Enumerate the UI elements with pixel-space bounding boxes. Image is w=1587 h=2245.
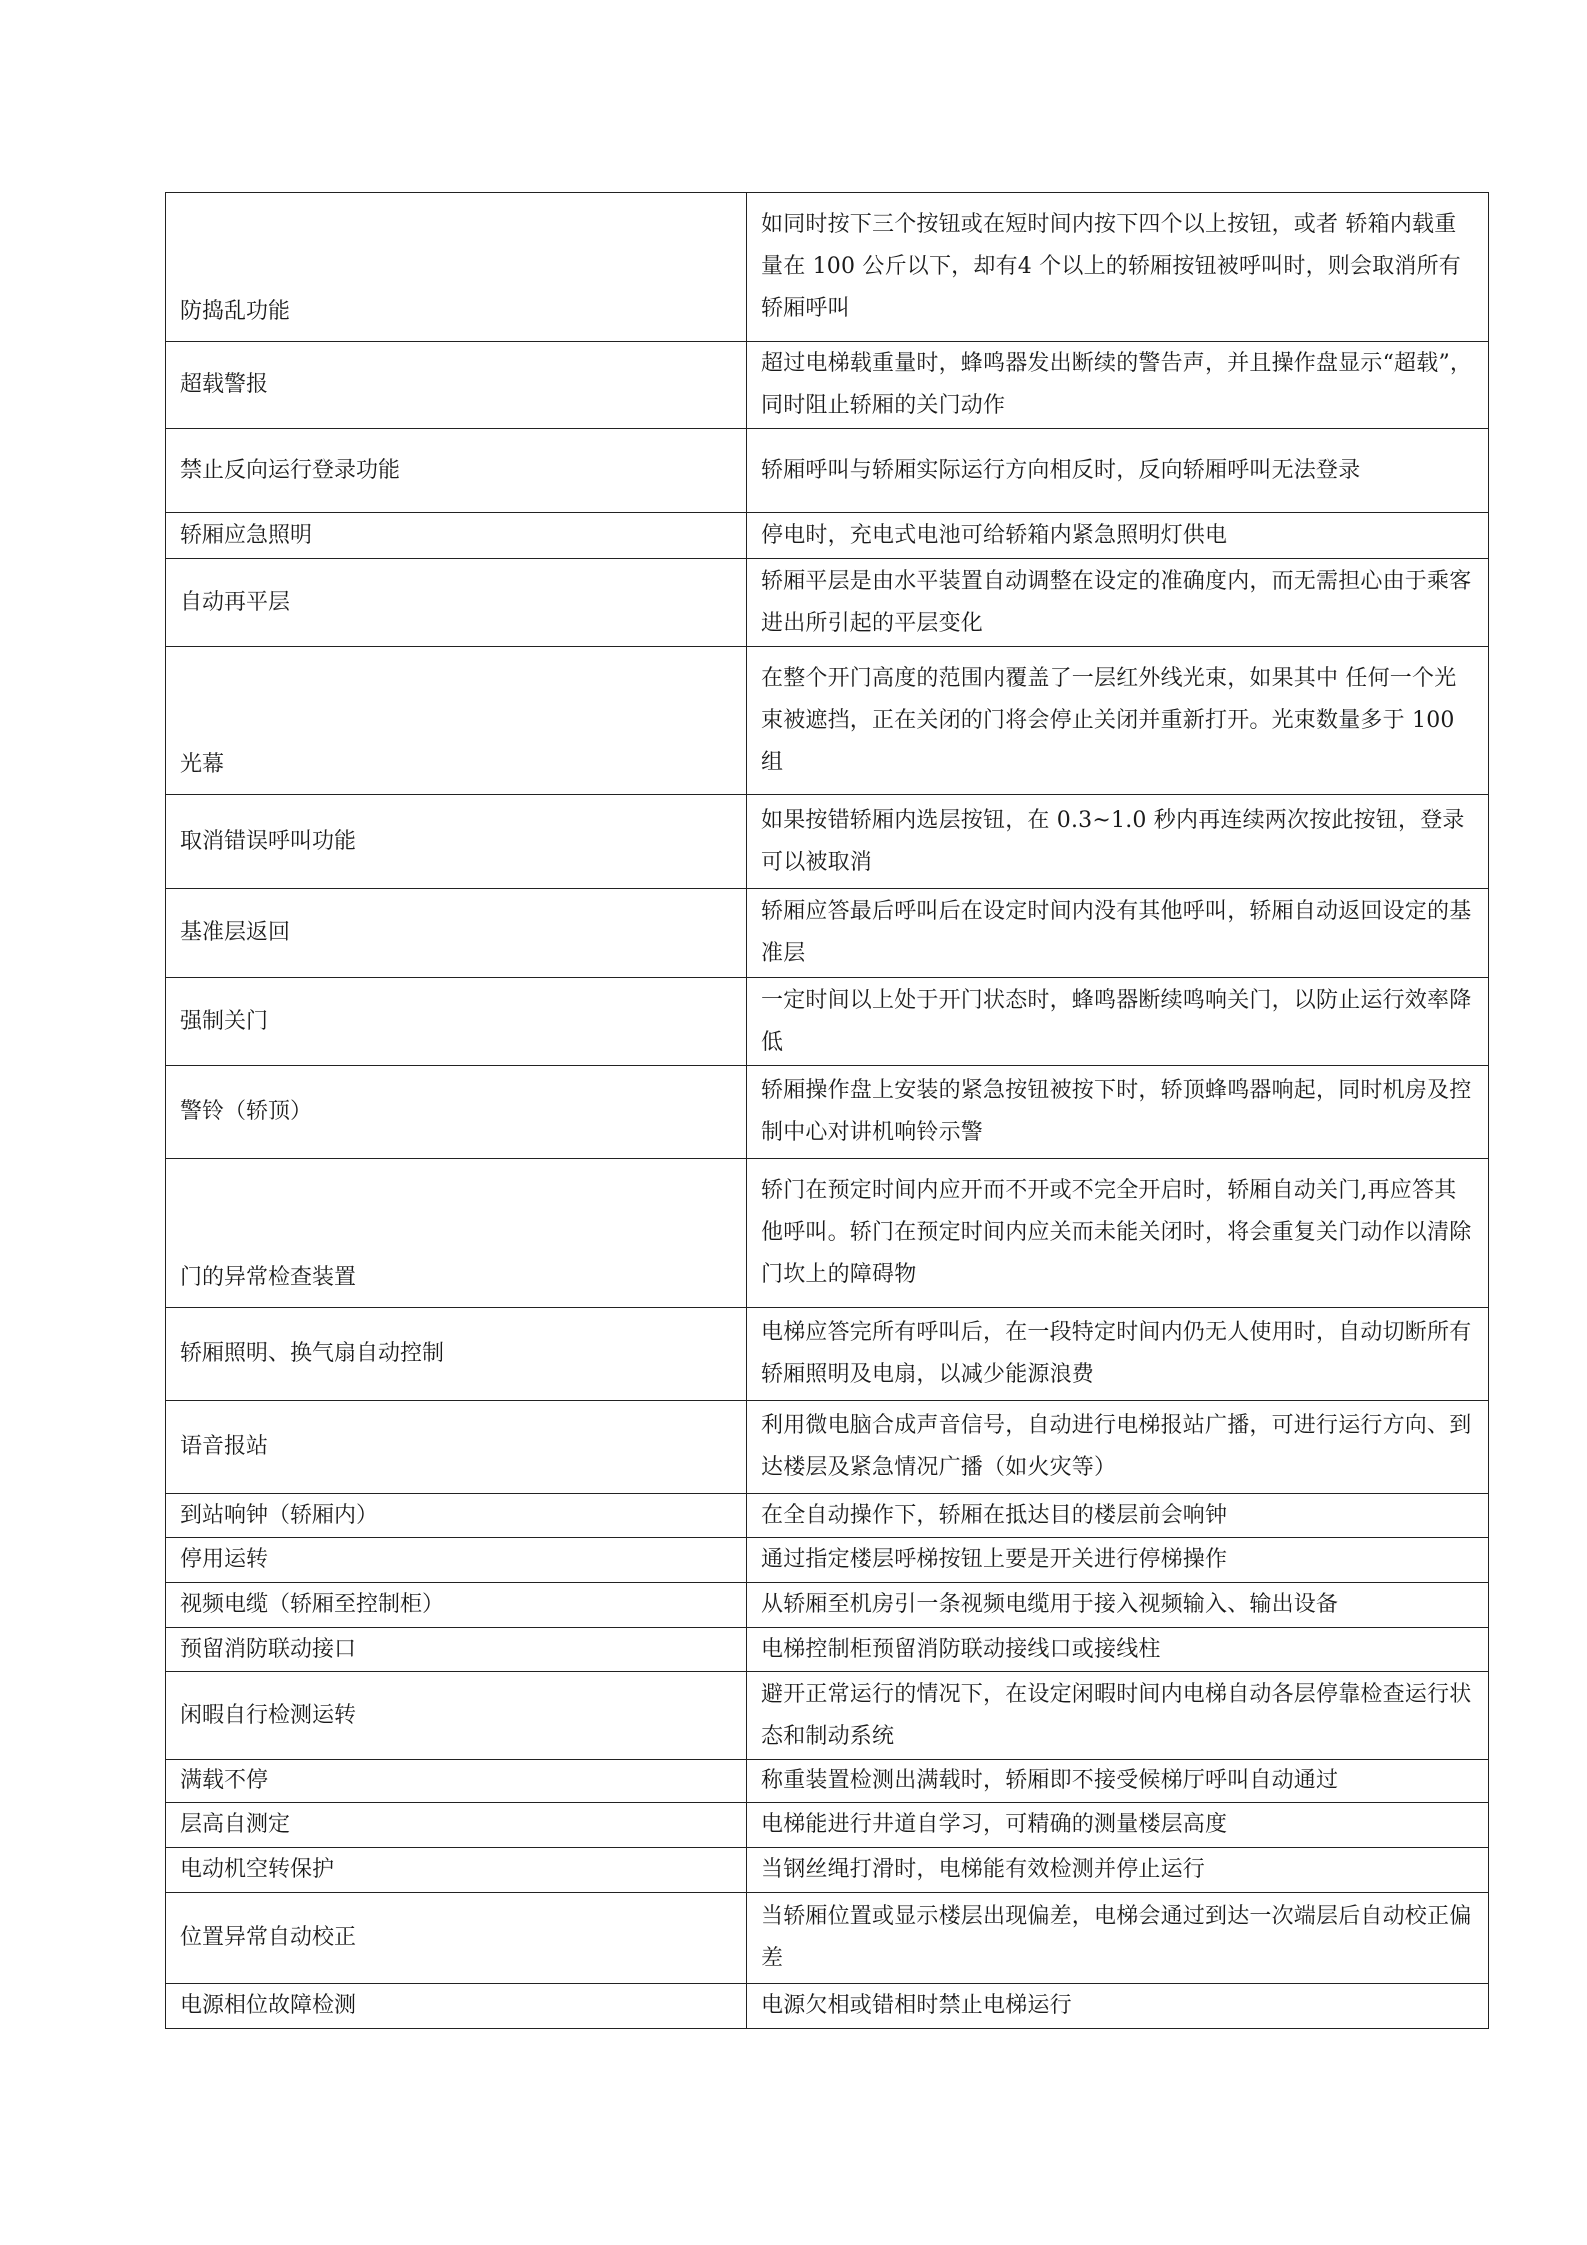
function-name-cell: 停用运转 (166, 1538, 747, 1583)
table-row: 防捣乱功能 如同时按下三个按钮或在短时间内按下四个以上按钮，或者 轿箱内载重量在… (166, 193, 1489, 342)
function-description-cell: 避开正常运行的情况下，在设定闲暇时间内电梯自动各层停靠检查运行状态和制动系统 (747, 1672, 1489, 1760)
function-name-cell: 闲暇自行检测运转 (166, 1672, 747, 1760)
table-row: 电源相位故障检测 电源欠相或错相时禁止电梯运行 (166, 1984, 1489, 2029)
table-row: 满载不停 称重装置检测出满载时，轿厢即不接受候梯厅呼叫自动通过 (166, 1760, 1489, 1803)
function-name-cell: 视频电缆（轿厢至控制柜） (166, 1583, 747, 1628)
function-name-cell: 警铃（轿顶） (166, 1066, 747, 1159)
table-row: 基准层返回 轿厢应答最后呼叫后在设定时间内没有其他呼叫，轿厢自动返回设定的基准层 (166, 889, 1489, 978)
table-row: 警铃（轿顶） 轿厢操作盘上安装的紧急按钮被按下时，轿顶蜂鸣器响起，同时机房及控制… (166, 1066, 1489, 1159)
table-row: 光幕 在整个开门高度的范围内覆盖了一层红外线光束，如果其中 任何一个光束被遮挡，… (166, 647, 1489, 795)
table-row: 禁止反向运行登录功能 轿厢呼叫与轿厢实际运行方向相反时，反向轿厢呼叫无法登录 (166, 429, 1489, 513)
table-row: 闲暇自行检测运转 避开正常运行的情况下，在设定闲暇时间内电梯自动各层停靠检查运行… (166, 1672, 1489, 1760)
table-row: 取消错误呼叫功能 如果按错轿厢内选层按钮，在 0.3~1.0 秒内再连续两次按此… (166, 795, 1489, 889)
table-row: 超载警报 超过电梯载重量时，蜂鸣器发出断续的警告声，并且操作盘显示“超载”，同时… (166, 342, 1489, 429)
table-row: 门的异常检查装置 轿门在预定时间内应开而不开或不完全开启时，轿厢自动关门,再应答… (166, 1159, 1489, 1308)
function-name-cell: 门的异常检查装置 (166, 1159, 747, 1308)
function-name-cell: 超载警报 (166, 342, 747, 429)
function-name-cell: 自动再平层 (166, 559, 747, 647)
function-name-cell: 强制关门 (166, 978, 747, 1066)
function-name-cell: 位置异常自动校正 (166, 1893, 747, 1984)
function-description-cell: 在全自动操作下，轿厢在抵达目的楼层前会响钟 (747, 1494, 1489, 1538)
function-description-cell: 停电时，充电式电池可给轿箱内紧急照明灯供电 (747, 513, 1489, 559)
function-name-cell: 电源相位故障检测 (166, 1984, 747, 2029)
table-row: 停用运转 通过指定楼层呼梯按钮上要是开关进行停梯操作 (166, 1538, 1489, 1583)
function-name-cell: 轿厢应急照明 (166, 513, 747, 559)
table-row: 轿厢照明、换气扇自动控制 电梯应答完所有呼叫后，在一段特定时间内仍无人使用时，自… (166, 1308, 1489, 1401)
table-row: 层高自测定 电梯能进行井道自学习，可精确的测量楼层高度 (166, 1803, 1489, 1848)
function-name-cell: 层高自测定 (166, 1803, 747, 1848)
function-name-cell: 取消错误呼叫功能 (166, 795, 747, 889)
function-description-cell: 利用微电脑合成声音信号，自动进行电梯报站广播，可进行运行方向、到达楼层及紧急情况… (747, 1401, 1489, 1494)
function-name-cell: 满载不停 (166, 1760, 747, 1803)
function-description-cell: 轿厢平层是由水平装置自动调整在设定的准确度内，而无需担心由于乘客进出所引起的平层… (747, 559, 1489, 647)
function-name-cell: 基准层返回 (166, 889, 747, 978)
function-description-cell: 电梯应答完所有呼叫后，在一段特定时间内仍无人使用时，自动切断所有轿厢照明及电扇，… (747, 1308, 1489, 1401)
function-description-cell: 如同时按下三个按钮或在短时间内按下四个以上按钮，或者 轿箱内载重量在 100 公… (747, 193, 1489, 342)
function-description-cell: 超过电梯载重量时，蜂鸣器发出断续的警告声，并且操作盘显示“超载”，同时阻止轿厢的… (747, 342, 1489, 429)
table-row: 视频电缆（轿厢至控制柜） 从轿厢至机房引一条视频电缆用于接入视频输入、输出设备 (166, 1583, 1489, 1628)
function-name-cell: 光幕 (166, 647, 747, 795)
function-description-cell: 轿厢操作盘上安装的紧急按钮被按下时，轿顶蜂鸣器响起，同时机房及控制中心对讲机响铃… (747, 1066, 1489, 1159)
function-name-cell: 语音报站 (166, 1401, 747, 1494)
table-row: 轿厢应急照明 停电时，充电式电池可给轿箱内紧急照明灯供电 (166, 513, 1489, 559)
table-row: 预留消防联动接口 电梯控制柜预留消防联动接线口或接线柱 (166, 1628, 1489, 1672)
function-description-cell: 当钢丝绳打滑时，电梯能有效检测并停止运行 (747, 1848, 1489, 1893)
table-body: 防捣乱功能 如同时按下三个按钮或在短时间内按下四个以上按钮，或者 轿箱内载重量在… (166, 193, 1489, 2029)
function-description-cell: 一定时间以上处于开门状态时，蜂鸣器断续鸣响关门，以防止运行效率降低 (747, 978, 1489, 1066)
table-row: 到站响钟（轿厢内） 在全自动操作下，轿厢在抵达目的楼层前会响钟 (166, 1494, 1489, 1538)
table-row: 位置异常自动校正 当轿厢位置或显示楼层出现偏差，电梯会通过到达一次端层后自动校正… (166, 1893, 1489, 1984)
function-description-cell: 通过指定楼层呼梯按钮上要是开关进行停梯操作 (747, 1538, 1489, 1583)
elevator-function-table: 防捣乱功能 如同时按下三个按钮或在短时间内按下四个以上按钮，或者 轿箱内载重量在… (165, 192, 1489, 2029)
function-description-cell: 当轿厢位置或显示楼层出现偏差，电梯会通过到达一次端层后自动校正偏差 (747, 1893, 1489, 1984)
function-description-cell: 轿厢呼叫与轿厢实际运行方向相反时，反向轿厢呼叫无法登录 (747, 429, 1489, 513)
function-name-cell: 防捣乱功能 (166, 193, 747, 342)
function-description-cell: 如果按错轿厢内选层按钮，在 0.3~1.0 秒内再连续两次按此按钮，登录可以被取… (747, 795, 1489, 889)
function-description-cell: 轿厢应答最后呼叫后在设定时间内没有其他呼叫，轿厢自动返回设定的基准层 (747, 889, 1489, 978)
function-description-cell: 轿门在预定时间内应开而不开或不完全开启时，轿厢自动关门,再应答其他呼叫。轿门在预… (747, 1159, 1489, 1308)
function-name-cell: 预留消防联动接口 (166, 1628, 747, 1672)
function-name-cell: 轿厢照明、换气扇自动控制 (166, 1308, 747, 1401)
function-description-cell: 在整个开门高度的范围内覆盖了一层红外线光束，如果其中 任何一个光束被遮挡，正在关… (747, 647, 1489, 795)
table-row: 自动再平层 轿厢平层是由水平装置自动调整在设定的准确度内，而无需担心由于乘客进出… (166, 559, 1489, 647)
function-description-cell: 电梯控制柜预留消防联动接线口或接线柱 (747, 1628, 1489, 1672)
function-name-cell: 到站响钟（轿厢内） (166, 1494, 747, 1538)
table-row: 强制关门 一定时间以上处于开门状态时，蜂鸣器断续鸣响关门，以防止运行效率降低 (166, 978, 1489, 1066)
function-name-cell: 禁止反向运行登录功能 (166, 429, 747, 513)
table-row: 电动机空转保护 当钢丝绳打滑时，电梯能有效检测并停止运行 (166, 1848, 1489, 1893)
function-description-cell: 电梯能进行井道自学习，可精确的测量楼层高度 (747, 1803, 1489, 1848)
function-description-cell: 电源欠相或错相时禁止电梯运行 (747, 1984, 1489, 2029)
function-description-cell: 称重装置检测出满载时，轿厢即不接受候梯厅呼叫自动通过 (747, 1760, 1489, 1803)
table-row: 语音报站 利用微电脑合成声音信号，自动进行电梯报站广播，可进行运行方向、到达楼层… (166, 1401, 1489, 1494)
function-description-cell: 从轿厢至机房引一条视频电缆用于接入视频输入、输出设备 (747, 1583, 1489, 1628)
function-name-cell: 电动机空转保护 (166, 1848, 747, 1893)
